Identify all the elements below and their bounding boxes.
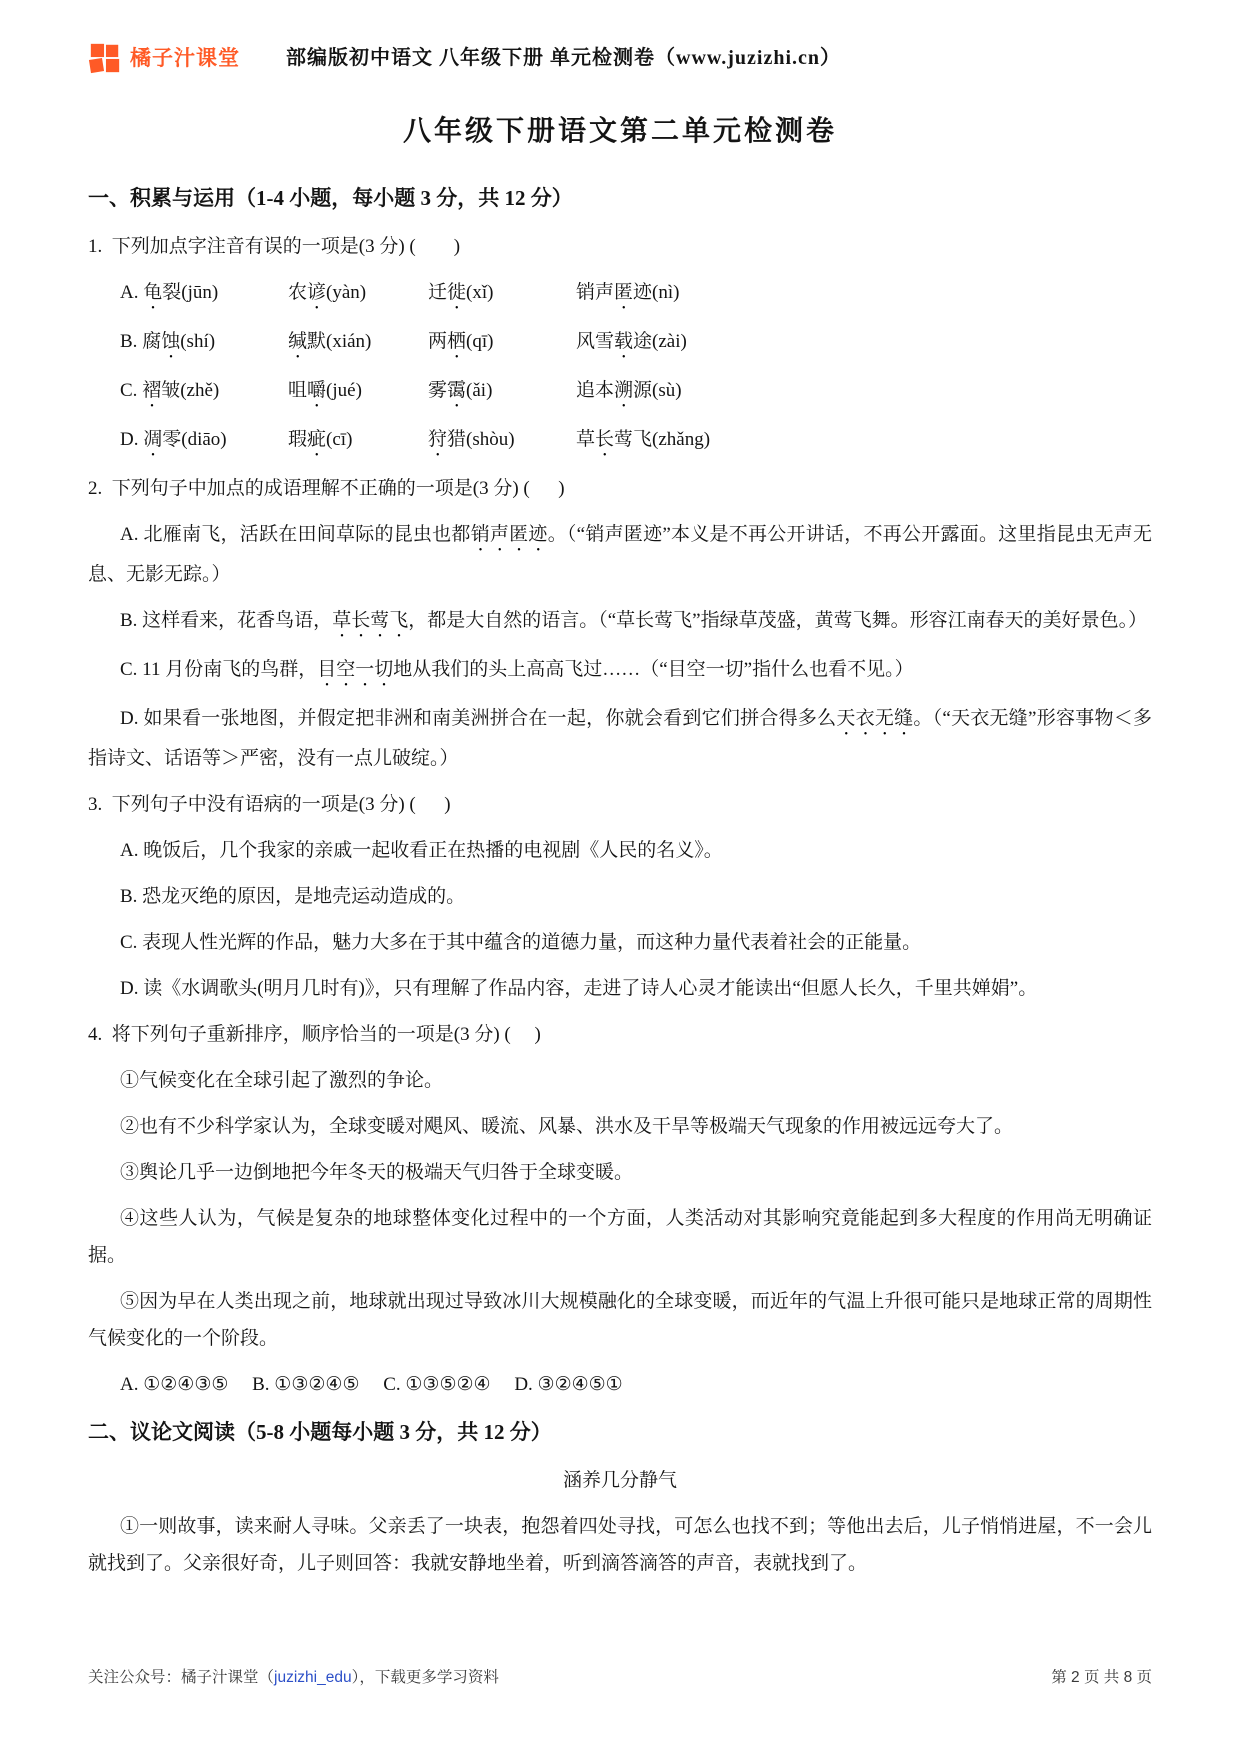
question3-stem: 3. 下列句子中没有语病的一项是(3 分) ( )	[88, 786, 1152, 823]
footer-note-pre: 关注公众号：橘子汁课堂（	[88, 1669, 274, 1686]
q2-option-b: B. 这样看来，花香鸟语，草长莺飞，都是大自然的语言。（“草长莺飞”指绿草茂盛，…	[88, 602, 1152, 642]
q4-sentence-1: ①气候变化在全球引起了激烈的争论。	[88, 1062, 1152, 1099]
brand-logo: 橘子汁课堂	[88, 40, 240, 77]
q2-option-d: D. 如果看一张地图，并假定把非洲和南美洲拼合在一起，你就会看到它们拼合得多么天…	[88, 700, 1152, 777]
section1-heading: 一、积累与运用（1-4 小题，每小题 3 分，共 12 分）	[88, 178, 1152, 218]
q1-c-word4: 追本溯源(sù)	[576, 372, 1152, 412]
q2-option-a: A. 北雁南飞，活跃在田间草际的昆虫也都销声匿迹。（“销声匿迹”本义是不再公开讲…	[88, 516, 1152, 593]
q1-b-word2: 缄默(xián)	[288, 323, 428, 363]
q1-c-word3: 雾霭(ǎi)	[428, 372, 576, 412]
question1-stem: 1. 下列加点字注音有误的一项是(3 分) ( )	[88, 228, 1152, 265]
paper-title: 八年级下册语文第二单元检测卷	[88, 110, 1152, 154]
wechat-handle: juzizhi_edu	[274, 1669, 352, 1686]
q1-option-row-a: A. 龟裂(jūn) 农谚(yàn) 迁徙(xǐ) 销声匿迹(nì)	[88, 274, 1152, 314]
q2-option-c: C. 11 月份南飞的鸟群，目空一切地从我们的头上高高飞过……（“目空一切”指什…	[88, 651, 1152, 691]
q4-answer-choices: A. ①②④③⑤ B. ①③②④⑤ C. ①③⑤②④ D. ③②④⑤①	[88, 1366, 1152, 1403]
q1-c-word1: C. 褶皱(zhě)	[120, 372, 288, 412]
q3-option-b: B. 恐龙灭绝的原因，是地壳运动造成的。	[88, 878, 1152, 915]
footer-note: 关注公众号：橘子汁课堂（juzizhi_edu），下载更多学习资料	[88, 1666, 499, 1690]
q3-option-a: A. 晚饭后，几个我家的亲戚一起收看正在热播的电视剧《人民的名义》。	[88, 832, 1152, 869]
q1-b-word1: B. 腐蚀(shí)	[120, 323, 288, 363]
q1-option-row-b: B. 腐蚀(shí) 缄默(xián) 两栖(qī) 风雪载途(zài)	[88, 323, 1152, 363]
header-course-title: 部编版初中语文 八年级下册 单元检测卷（www.juzizhi.cn）	[286, 40, 841, 77]
section2-heading: 二、议论文阅读（5-8 小题每小题 3 分，共 12 分）	[88, 1412, 1152, 1452]
essay-title: 涵养几分静气	[88, 1462, 1152, 1499]
q1-option-row-d: D. 凋零(diāo) 瑕疵(cī) 狩猎(shòu) 草长莺飞(zhǎng)	[88, 421, 1152, 461]
q1-option-row-c: C. 褶皱(zhě) 咀嚼(jué) 雾霭(ǎi) 追本溯源(sù)	[88, 372, 1152, 412]
page-header: 橘子汁课堂 部编版初中语文 八年级下册 单元检测卷（www.juzizhi.cn…	[88, 36, 1152, 80]
q1-c-word2: 咀嚼(jué)	[288, 372, 428, 412]
question4-stem: 4. 将下列句子重新排序，顺序恰当的一项是(3 分) ( )	[88, 1016, 1152, 1053]
brand-logo-icon	[88, 41, 122, 75]
page-footer: 关注公众号：橘子汁课堂（juzizhi_edu），下载更多学习资料 第 2 页 …	[88, 1666, 1152, 1690]
q1-a-word4: 销声匿迹(nì)	[576, 274, 1152, 314]
q1-b-word4: 风雪载途(zài)	[576, 323, 1152, 363]
page-number: 第 2 页 共 8 页	[1051, 1666, 1152, 1690]
q1-a-word1: A. 龟裂(jūn)	[120, 274, 288, 314]
footer-note-post: ），下载更多学习资料	[352, 1669, 499, 1686]
q1-d-word3: 狩猎(shòu)	[428, 421, 576, 461]
q1-a-word2: 农谚(yàn)	[288, 274, 428, 314]
q1-a-word3: 迁徙(xǐ)	[428, 274, 576, 314]
q4-sentence-4: ④这些人认为，气候是复杂的地球整体变化过程中的一个方面，人类活动对其影响究竟能起…	[88, 1200, 1152, 1274]
question2-stem: 2. 下列句子中加点的成语理解不正确的一项是(3 分) ( )	[88, 470, 1152, 507]
q1-b-word3: 两栖(qī)	[428, 323, 576, 363]
brand-logo-text: 橘子汁课堂	[130, 40, 240, 77]
q4-sentence-2: ②也有不少科学家认为，全球变暖对飓风、暖流、风暴、洪水及干旱等极端天气现象的作用…	[88, 1108, 1152, 1145]
q3-option-d: D. 读《水调歌头(明月几时有)》，只有理解了作品内容，走进了诗人心灵才能读出“…	[88, 970, 1152, 1007]
q4-sentence-5: ⑤因为早在人类出现之前，地球就出现过导致冰川大规模融化的全球变暖，而近年的气温上…	[88, 1283, 1152, 1357]
q4-sentence-3: ③舆论几乎一边倒地把今年冬天的极端天气归咎于全球变暖。	[88, 1154, 1152, 1191]
essay-paragraph-1: ①一则故事，读来耐人寻味。父亲丢了一块表，抱怨着四处寻找，可怎么也找不到；等他出…	[88, 1508, 1152, 1582]
q1-d-word1: D. 凋零(diāo)	[120, 421, 288, 461]
q1-d-word2: 瑕疵(cī)	[288, 421, 428, 461]
q3-option-c: C. 表现人性光辉的作品，魅力大多在于其中蕴含的道德力量，而这种力量代表着社会的…	[88, 924, 1152, 961]
document-page: 橘子汁课堂 部编版初中语文 八年级下册 单元检测卷（www.juzizhi.cn…	[0, 0, 1240, 1754]
q1-d-word4: 草长莺飞(zhǎng)	[576, 421, 1152, 461]
